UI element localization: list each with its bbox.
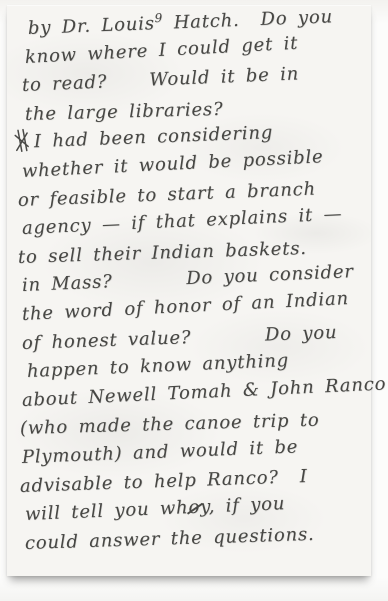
scanned-letter: by Dr. Louis9 Hatch. Do you know where I… (0, 0, 388, 601)
line-text: will tell you wh (25, 497, 189, 525)
letter-body: by Dr. Louis9 Hatch. Do you know where I… (13, 15, 369, 558)
line-text: y, if you (200, 493, 286, 518)
insertion-mark-icon (13, 129, 29, 154)
line-text: the large libraries? (25, 99, 224, 125)
struck-out-letter: o (188, 494, 201, 523)
letter-page: by Dr. Louis9 Hatch. Do you know where I… (7, 5, 371, 576)
line-text: by Dr. Louis (28, 13, 156, 39)
line-text: could answer the questions. (25, 524, 315, 554)
